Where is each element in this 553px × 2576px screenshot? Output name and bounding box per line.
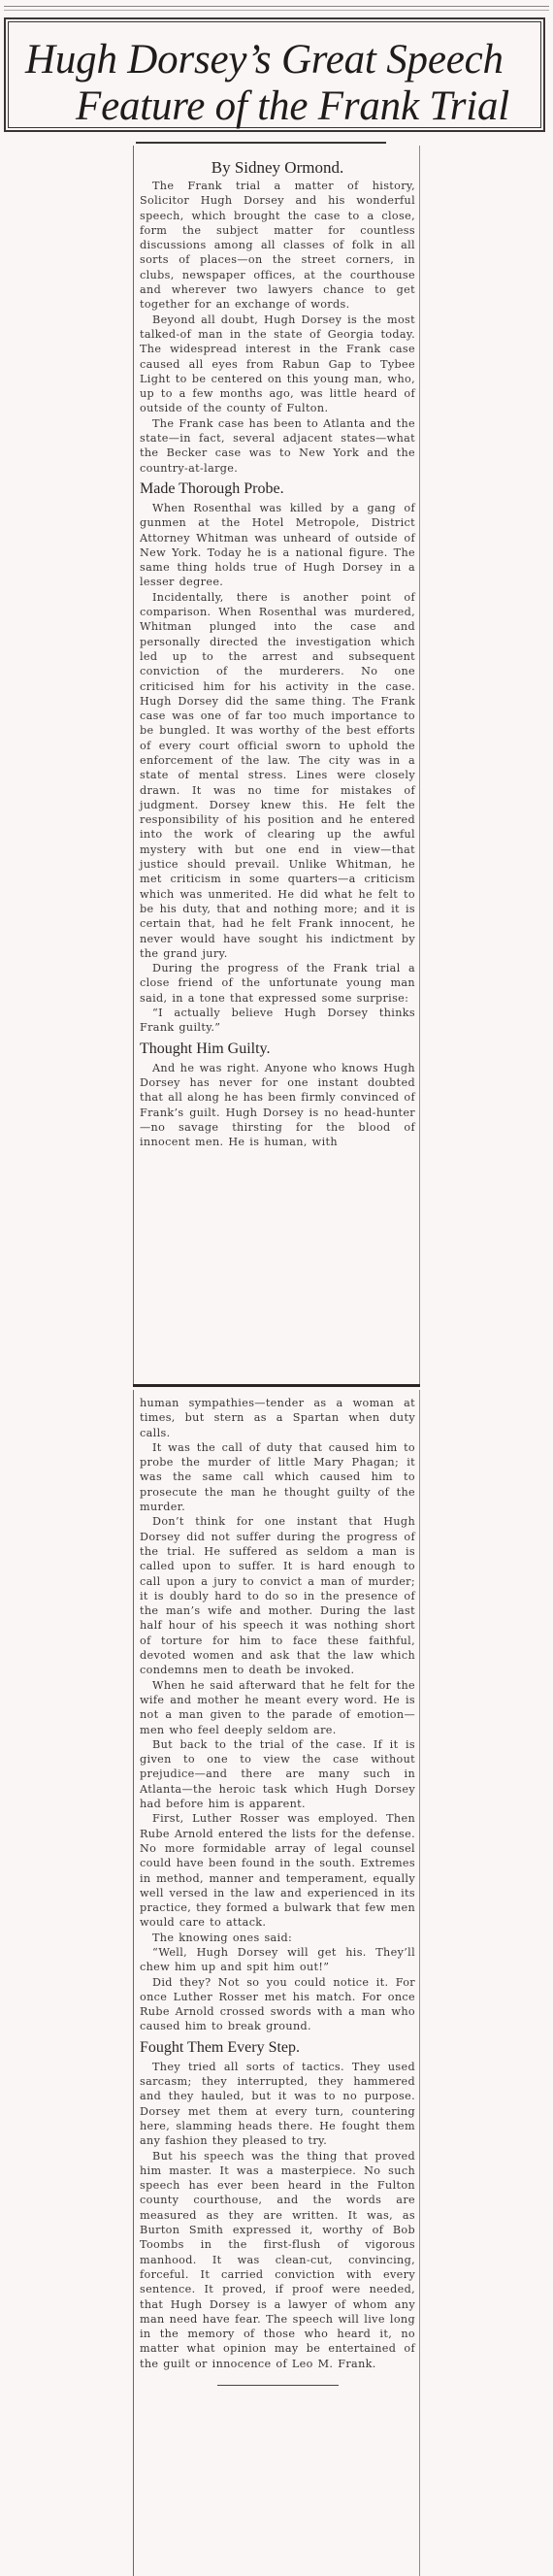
headline-box: Hugh Dorsey’s Great Speech Feature of th…	[4, 17, 545, 132]
paragraph: The knowing ones said:	[140, 1931, 415, 1945]
article-body-upper: The Frank trial a matter of history, Sol…	[140, 179, 415, 1149]
column-break-rule	[133, 1384, 420, 1387]
paragraph: “I actually believe Hugh Dorsey thinks F…	[140, 1006, 415, 1036]
paragraph: Don’t think for one instant that Hugh Do…	[140, 1514, 415, 1677]
paragraph: During the progress of the Frank trial a…	[140, 961, 415, 1006]
section-subhead: Thought Him Guilty.	[140, 1040, 415, 1058]
paragraph: And he was right. Anyone who knows Hugh …	[140, 1061, 415, 1150]
paragraph: The Frank trial a matter of history, Sol…	[140, 179, 415, 313]
paragraph: The Frank case has been to Atlanta and t…	[140, 416, 415, 476]
section-subhead: Made Thorough Probe.	[140, 479, 415, 498]
paragraph: When Rosenthal was killed by a gang of g…	[140, 501, 415, 590]
top-rule-secondary	[4, 10, 549, 11]
paragraph: When he said afterward that he felt for …	[140, 1678, 415, 1737]
paragraph: First, Luther Rosser was employed. Then …	[140, 1811, 415, 1930]
headline-line-2: Feature of the Frank Trial	[76, 83, 509, 130]
paragraph: Beyond all doubt, Hugh Dorsey is the mos…	[140, 313, 415, 416]
paragraph: human sympathies—tender as a woman at ti…	[140, 1396, 415, 1440]
column-top-rule	[136, 142, 386, 144]
byline: By Sidney Ormond.	[140, 157, 415, 179]
paragraph: But back to the trial of the case. If it…	[140, 1737, 415, 1811]
article-column-upper: By Sidney Ormond. The Frank trial a matt…	[133, 146, 420, 1384]
paragraph: Incidentally, there is another point of …	[140, 590, 415, 961]
paragraph: “Well, Hugh Dorsey will get his. They’ll…	[140, 1945, 415, 1975]
end-rule	[217, 2385, 339, 2386]
paragraph: It was the call of duty that caused him …	[140, 1440, 415, 1514]
top-rule	[4, 6, 549, 7]
article-body-lower: human sympathies—tender as a woman at ti…	[140, 1390, 415, 2371]
paragraph: They tried all sorts of tactics. They us…	[140, 2060, 415, 2149]
section-subhead: Fought Them Every Step.	[140, 2038, 415, 2057]
paragraph: But his speech was the thing that proved…	[140, 2149, 415, 2371]
headline-line-1: Hugh Dorsey’s Great Speech	[25, 37, 504, 83]
article-column-lower: human sympathies—tender as a woman at ti…	[133, 1390, 420, 2576]
paragraph: Did they? Not so you could notice it. Fo…	[140, 1975, 415, 2034]
